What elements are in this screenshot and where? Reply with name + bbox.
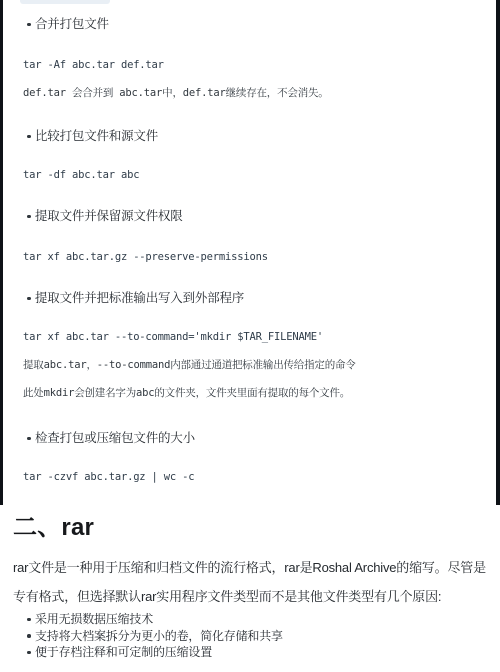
rar-section-heading: 二、rar xyxy=(0,512,500,544)
rar-reason-label: 采用无损数据压缩技术 xyxy=(35,612,153,626)
tar-feature-item-to-command: 提取文件并把标准输出写入到外部程序 xyxy=(0,290,500,306)
code-line-tar-check-size: tar -czvf abc.tar.gz | wc -c xyxy=(0,470,500,485)
tar-feature-item-merge: 合并打包文件 xyxy=(0,16,500,32)
tar-feature-label: 提取文件并保留源文件权限 xyxy=(35,209,183,223)
tar-feature-item-compare: 比较打包文件和源文件 xyxy=(0,128,500,144)
bullet-dot-icon xyxy=(27,634,31,638)
article-page: 合并打包文件 tar -Af abc.tar def.tar def.tar 会… xyxy=(0,0,500,672)
rar-reason-label: 支持将大档案拆分为更小的卷，简化存储和共享 xyxy=(35,629,283,643)
bullet-dot-icon xyxy=(27,297,31,301)
tar-feature-label: 提取文件并把标准输出写入到外部程序 xyxy=(35,291,244,305)
rar-reasons-list: 采用无损数据压缩技术 支持将大档案拆分为更小的卷，简化存储和共享 便于存档注释和… xyxy=(0,611,500,661)
bullet-dot-icon xyxy=(27,618,31,622)
bullet-dot-icon xyxy=(27,437,31,441)
bullet-dot-icon xyxy=(27,135,31,139)
rar-reason-label: 便于存档注释和可定制的压缩设置 xyxy=(35,645,212,659)
code-note-to-command-2: 此处mkdir会创建名字为abc的文件夹，文件夹里面有提取的每个文件。 xyxy=(0,386,500,401)
code-line-tar-to-command: tar xf abc.tar --to-command='mkdir $TAR_… xyxy=(0,330,500,345)
bullet-dot-icon xyxy=(27,23,31,27)
truncated-code-block-fragment xyxy=(20,0,110,4)
code-line-tar-preserve-permissions: tar xf abc.tar.gz --preserve-permissions xyxy=(0,250,500,265)
code-note-merge: def.tar 会合并到 abc.tar中，def.tar继续存在，不会消失。 xyxy=(0,86,500,101)
tar-feature-item-preserve-permissions: 提取文件并保留源文件权限 xyxy=(0,208,500,224)
bullet-dot-icon xyxy=(27,651,31,655)
rar-reason-item: 采用无损数据压缩技术 xyxy=(0,611,500,628)
tar-feature-label: 合并打包文件 xyxy=(35,17,109,31)
rar-intro-paragraph: rar文件是一种用于压缩和归档文件的流行格式，rar是Roshal Archiv… xyxy=(0,554,500,611)
tar-feature-label: 检查打包或压缩包文件的大小 xyxy=(35,431,195,445)
bullet-dot-icon xyxy=(27,215,31,219)
rar-reason-item: 支持将大档案拆分为更小的卷，简化存储和共享 xyxy=(0,628,500,645)
code-note-to-command-1: 提取abc.tar，--to-command内部通过通道把标准输出传给指定的命令 xyxy=(0,358,500,373)
code-line-tar-merge: tar -Af abc.tar def.tar xyxy=(0,58,500,73)
tar-feature-item-check-size: 检查打包或压缩包文件的大小 xyxy=(0,430,500,446)
rar-reason-item: 便于存档注释和可定制的压缩设置 xyxy=(0,644,500,661)
tar-feature-label: 比较打包文件和源文件 xyxy=(35,129,158,143)
code-line-tar-compare: tar -df abc.tar abc xyxy=(0,168,500,183)
